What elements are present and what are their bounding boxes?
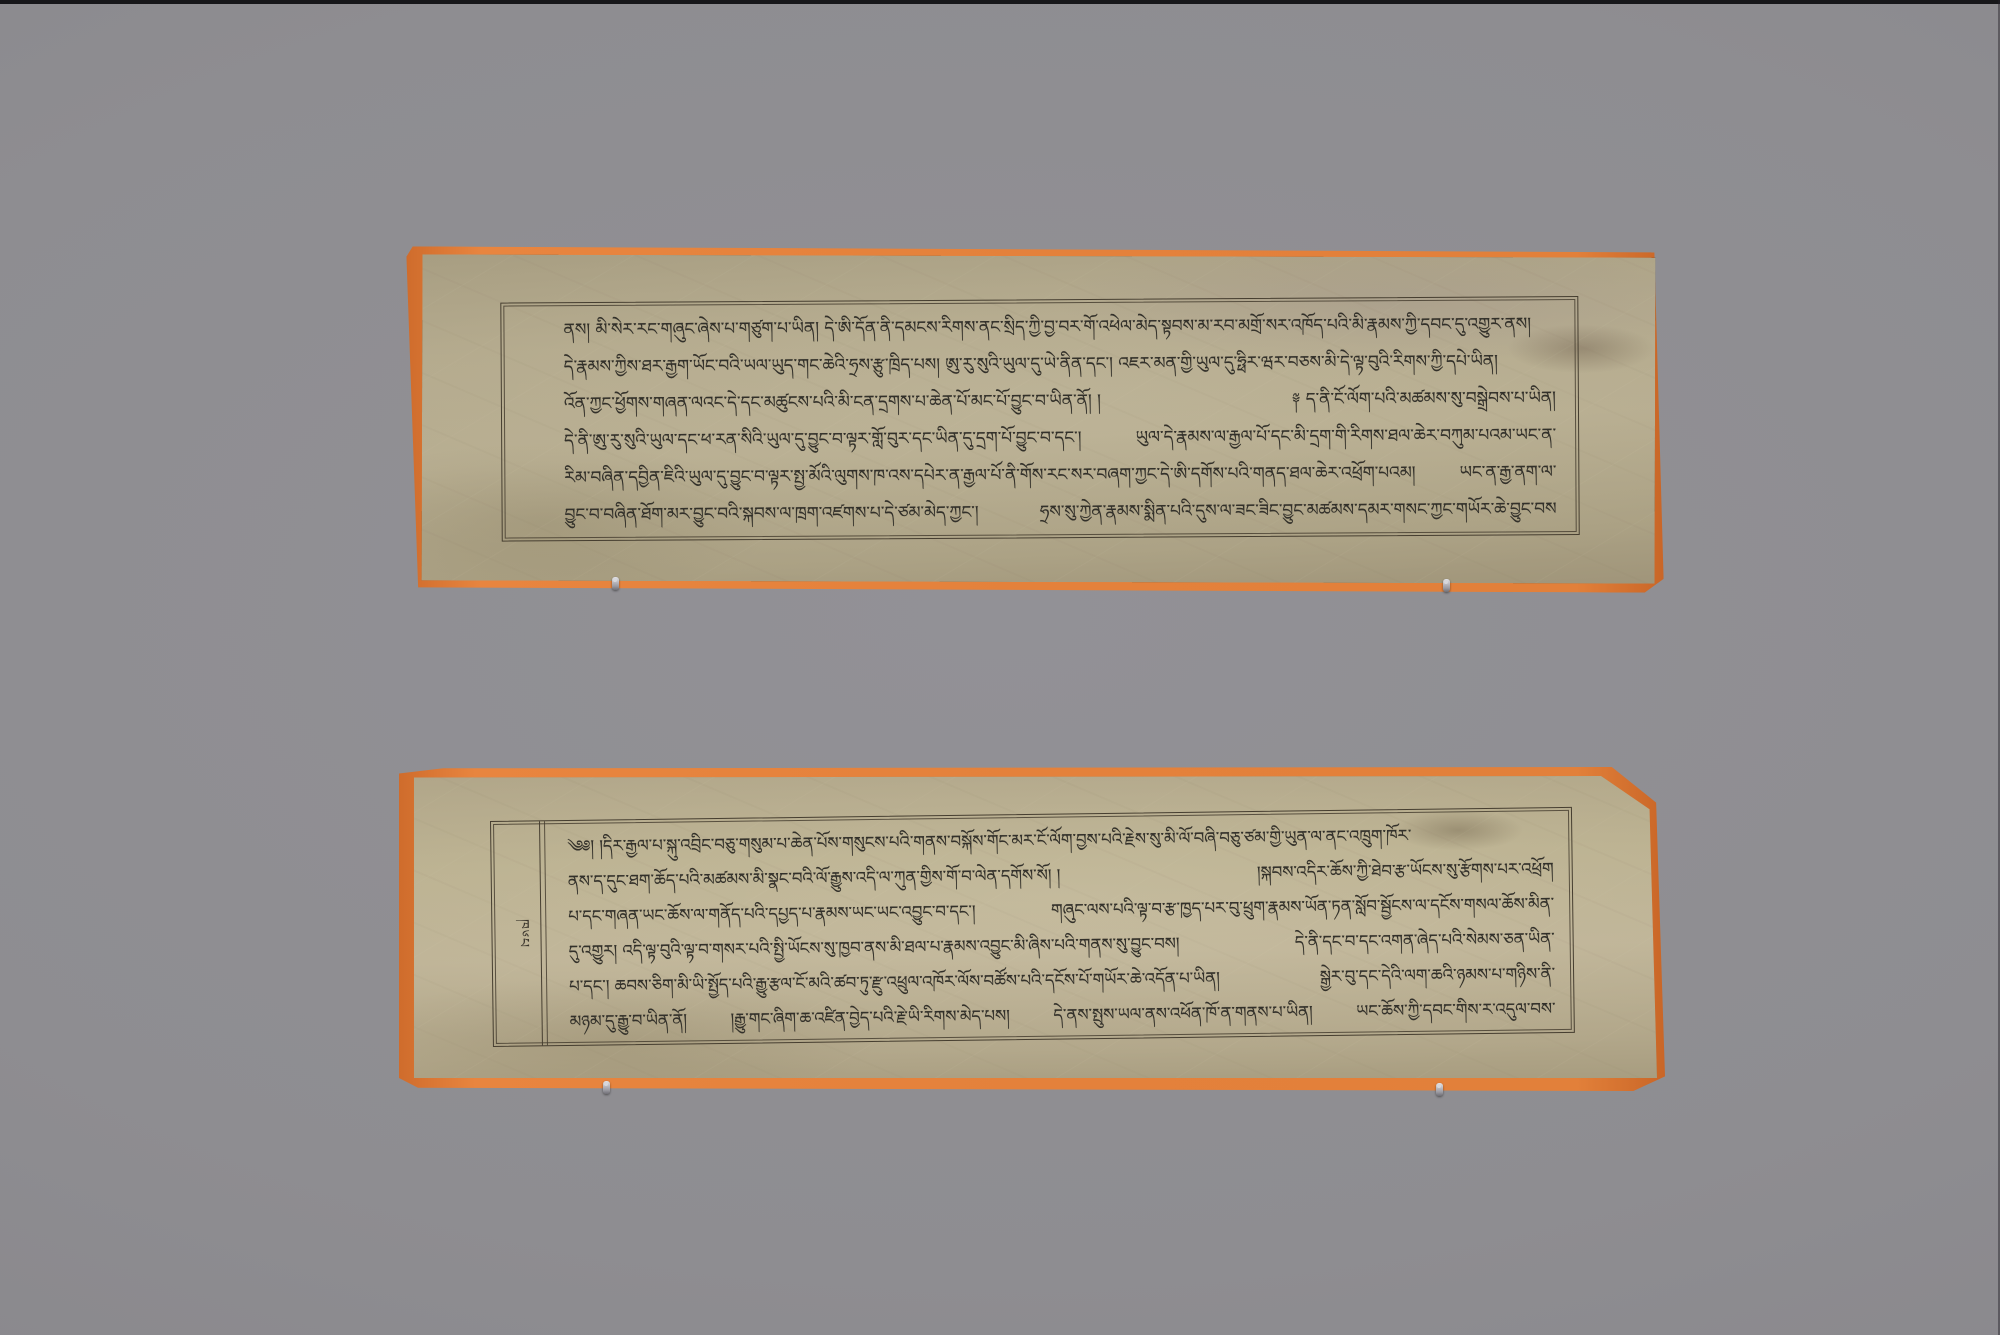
text-segment: འོན་ཀྱང་ཕྱོགས་གཞན་ལའང་དེ་དང་མཚུངས་པའི་མི… xyxy=(564,383,1101,423)
upper-folio: ནས། མི་སེར་རང་གཞུང་ཞེས་པ་གཙུག་པ་ཡིན། དེ་… xyxy=(406,246,1665,592)
upper-folio-text-block: ནས། མི་སེར་རང་གཞུང་ཞེས་པ་གཙུག་པ་ཡིན། དེ་… xyxy=(563,306,1556,534)
text-line: བྱུང་བ་བཞིན་ཐོག་མར་བྱུང་བའི་སྐབས་ལ་ཁྲག་འ… xyxy=(564,491,1556,534)
text-segment: ༈ ད་ནི་ངོ་ལོག་པའི་མཚམས་སུ་བསྒྲེབས་པ་ཡིན། xyxy=(1292,380,1556,419)
folio-margin-label: ཁ༦པ xyxy=(500,913,541,954)
text-segment: པ་དང་གཞན་ཡང་ཆོས་ལ་གནོད་པའི་དཔྱད་པ་རྣམས་ཡ… xyxy=(568,894,976,934)
mounting-pin xyxy=(1443,579,1450,592)
lower-folio-paper: ཁ༦པ ༄༅། །དིར་རྒྱལ་པ་སྐུ་འབྲིང་བཅུ་གསུམ་པ… xyxy=(414,776,1657,1078)
mounting-pin xyxy=(1436,1083,1443,1096)
text-segment: སྒྱེར་བུ་དང་དེའི་ལག་ཆའི་ཉམས་པ་གཉིས་ནི་ xyxy=(1320,956,1556,994)
text-segment: ཡང་ཆོས་ཀྱི་དབང་གིས་ར་འདུལ་བས་ xyxy=(1356,991,1556,1029)
text-segment: ནས། མི་སེར་རང་གཞུང་ཞེས་པ་གཙུག་པ་ཡིན། དེ་… xyxy=(563,306,1531,349)
lower-folio-text-frame: ཁ༦པ ༄༅། །དིར་རྒྱལ་པ་སྐུ་འབྲིང་བཅུ་གསུམ་པ… xyxy=(490,807,1575,1047)
text-segment: དེ་རྣམས་ཀྱིས་ཐར་རྒྱག་ཡོང་བའི་ཡལ་ཡུད་གང་ཆ… xyxy=(564,344,1498,387)
photograph-of-tibetan-manuscript: ནས། མི་སེར་རང་གཞུང་ཞེས་པ་གཙུག་པ་ཡིན། དེ་… xyxy=(0,0,2000,1335)
text-segment: མཉམ་དུ་རྒྱུ་བ་ཡིན་ནོ། xyxy=(569,1002,687,1039)
text-segment: དེ་ནས་སྤུས་ཡལ་ནས་འཕོན་ཁོ་ན་གནས་པ་ཡིན། xyxy=(1053,994,1313,1032)
text-segment: ཧྲས་སུ་ཀྱེན་རྣམས་སྨིན་པའི་དུས་ལ་ཟང་ཟིང་བ… xyxy=(1040,491,1557,531)
text-line: རིམ་བཞིན་དབྱིན་ཇིའི་ཡུལ་དུ་བྱུང་བ་ལྟར་སྤ… xyxy=(564,454,1556,497)
text-line: དེ་ནི་ཨུ་རུ་སུའི་ཡུལ་དང་ཕ་རན་སིའི་ཡུལ་དུ… xyxy=(564,417,1556,460)
text-segment: བྱུང་བ་བཞིན་ཐོག་མར་བྱུང་བའི་སྐབས་ལ་ཁྲག་འ… xyxy=(564,495,978,535)
text-segment: དེ་ནི་དང་བ་དང་འགན་ཞེད་པའི་སེམས་ཅན་ཡིན་ xyxy=(1295,921,1555,959)
text-line: ནས། མི་སེར་རང་གཞུང་ཞེས་པ་གཙུག་པ་ཡིན། དེ་… xyxy=(563,306,1555,349)
text-segment: ཡང་ན་རྒྱ་ནག་ལ་ xyxy=(1460,454,1557,492)
upper-folio-text-frame: ནས། མི་སེར་རང་གཞུང་ཞེས་པ་གཙུག་པ་ཡིན། དེ་… xyxy=(500,296,1579,542)
mounting-pin xyxy=(603,1081,610,1094)
text-segment: དེ་ནི་ཨུ་རུ་སུའི་ཡུལ་དང་ཕ་རན་སིའི་ཡུལ་དུ… xyxy=(564,420,1082,460)
photo-edge-top xyxy=(0,0,2000,4)
mounting-pin xyxy=(612,577,619,590)
lower-folio: ཁ༦པ ༄༅། །དིར་རྒྱལ་པ་སྐུ་འབྲིང་བཅུ་གསུམ་པ… xyxy=(399,767,1665,1091)
text-line: དེ་རྣམས་ཀྱིས་ཐར་རྒྱག་ཡོང་བའི་ཡལ་ཡུད་གང་ཆ… xyxy=(564,343,1556,386)
text-segment: །སྐབས་འདིར་ཆོས་ཀྱི་ཐེབ་རྩ་ཡོངས་སུ་རྩོགས་… xyxy=(1257,851,1554,890)
text-segment: རིམ་བཞིན་དབྱིན་ཇིའི་ཡུལ་དུ་བྱུང་བ་ལྟར་སྤ… xyxy=(564,455,1415,497)
text-line: འོན་ཀྱང་ཕྱོགས་གཞན་ལའང་དེ་དང་མཚུངས་པའི་མི… xyxy=(564,380,1556,423)
text-segment: །རྒྱུ་གང་ཞིག་ཆ་འཛིན་བྱེད་པའི་རྗེ་ཡི་རིགས… xyxy=(730,998,1010,1037)
upper-folio-paper: ནས། མི་སེར་རང་གཞུང་ཞེས་པ་གཙུག་པ་ཡིན། དེ་… xyxy=(422,254,1656,583)
text-segment: ཡུལ་དེ་རྣམས་ལ་རྒྱལ་པོ་དང་མི་དྲག་གི་རིགས་… xyxy=(1136,417,1557,457)
lower-folio-text-block: ༄༅། །དིར་རྒྱལ་པ་སྐུ་འབྲིང་བཅུ་གསུམ་པ་ཆེན… xyxy=(567,816,1556,1039)
